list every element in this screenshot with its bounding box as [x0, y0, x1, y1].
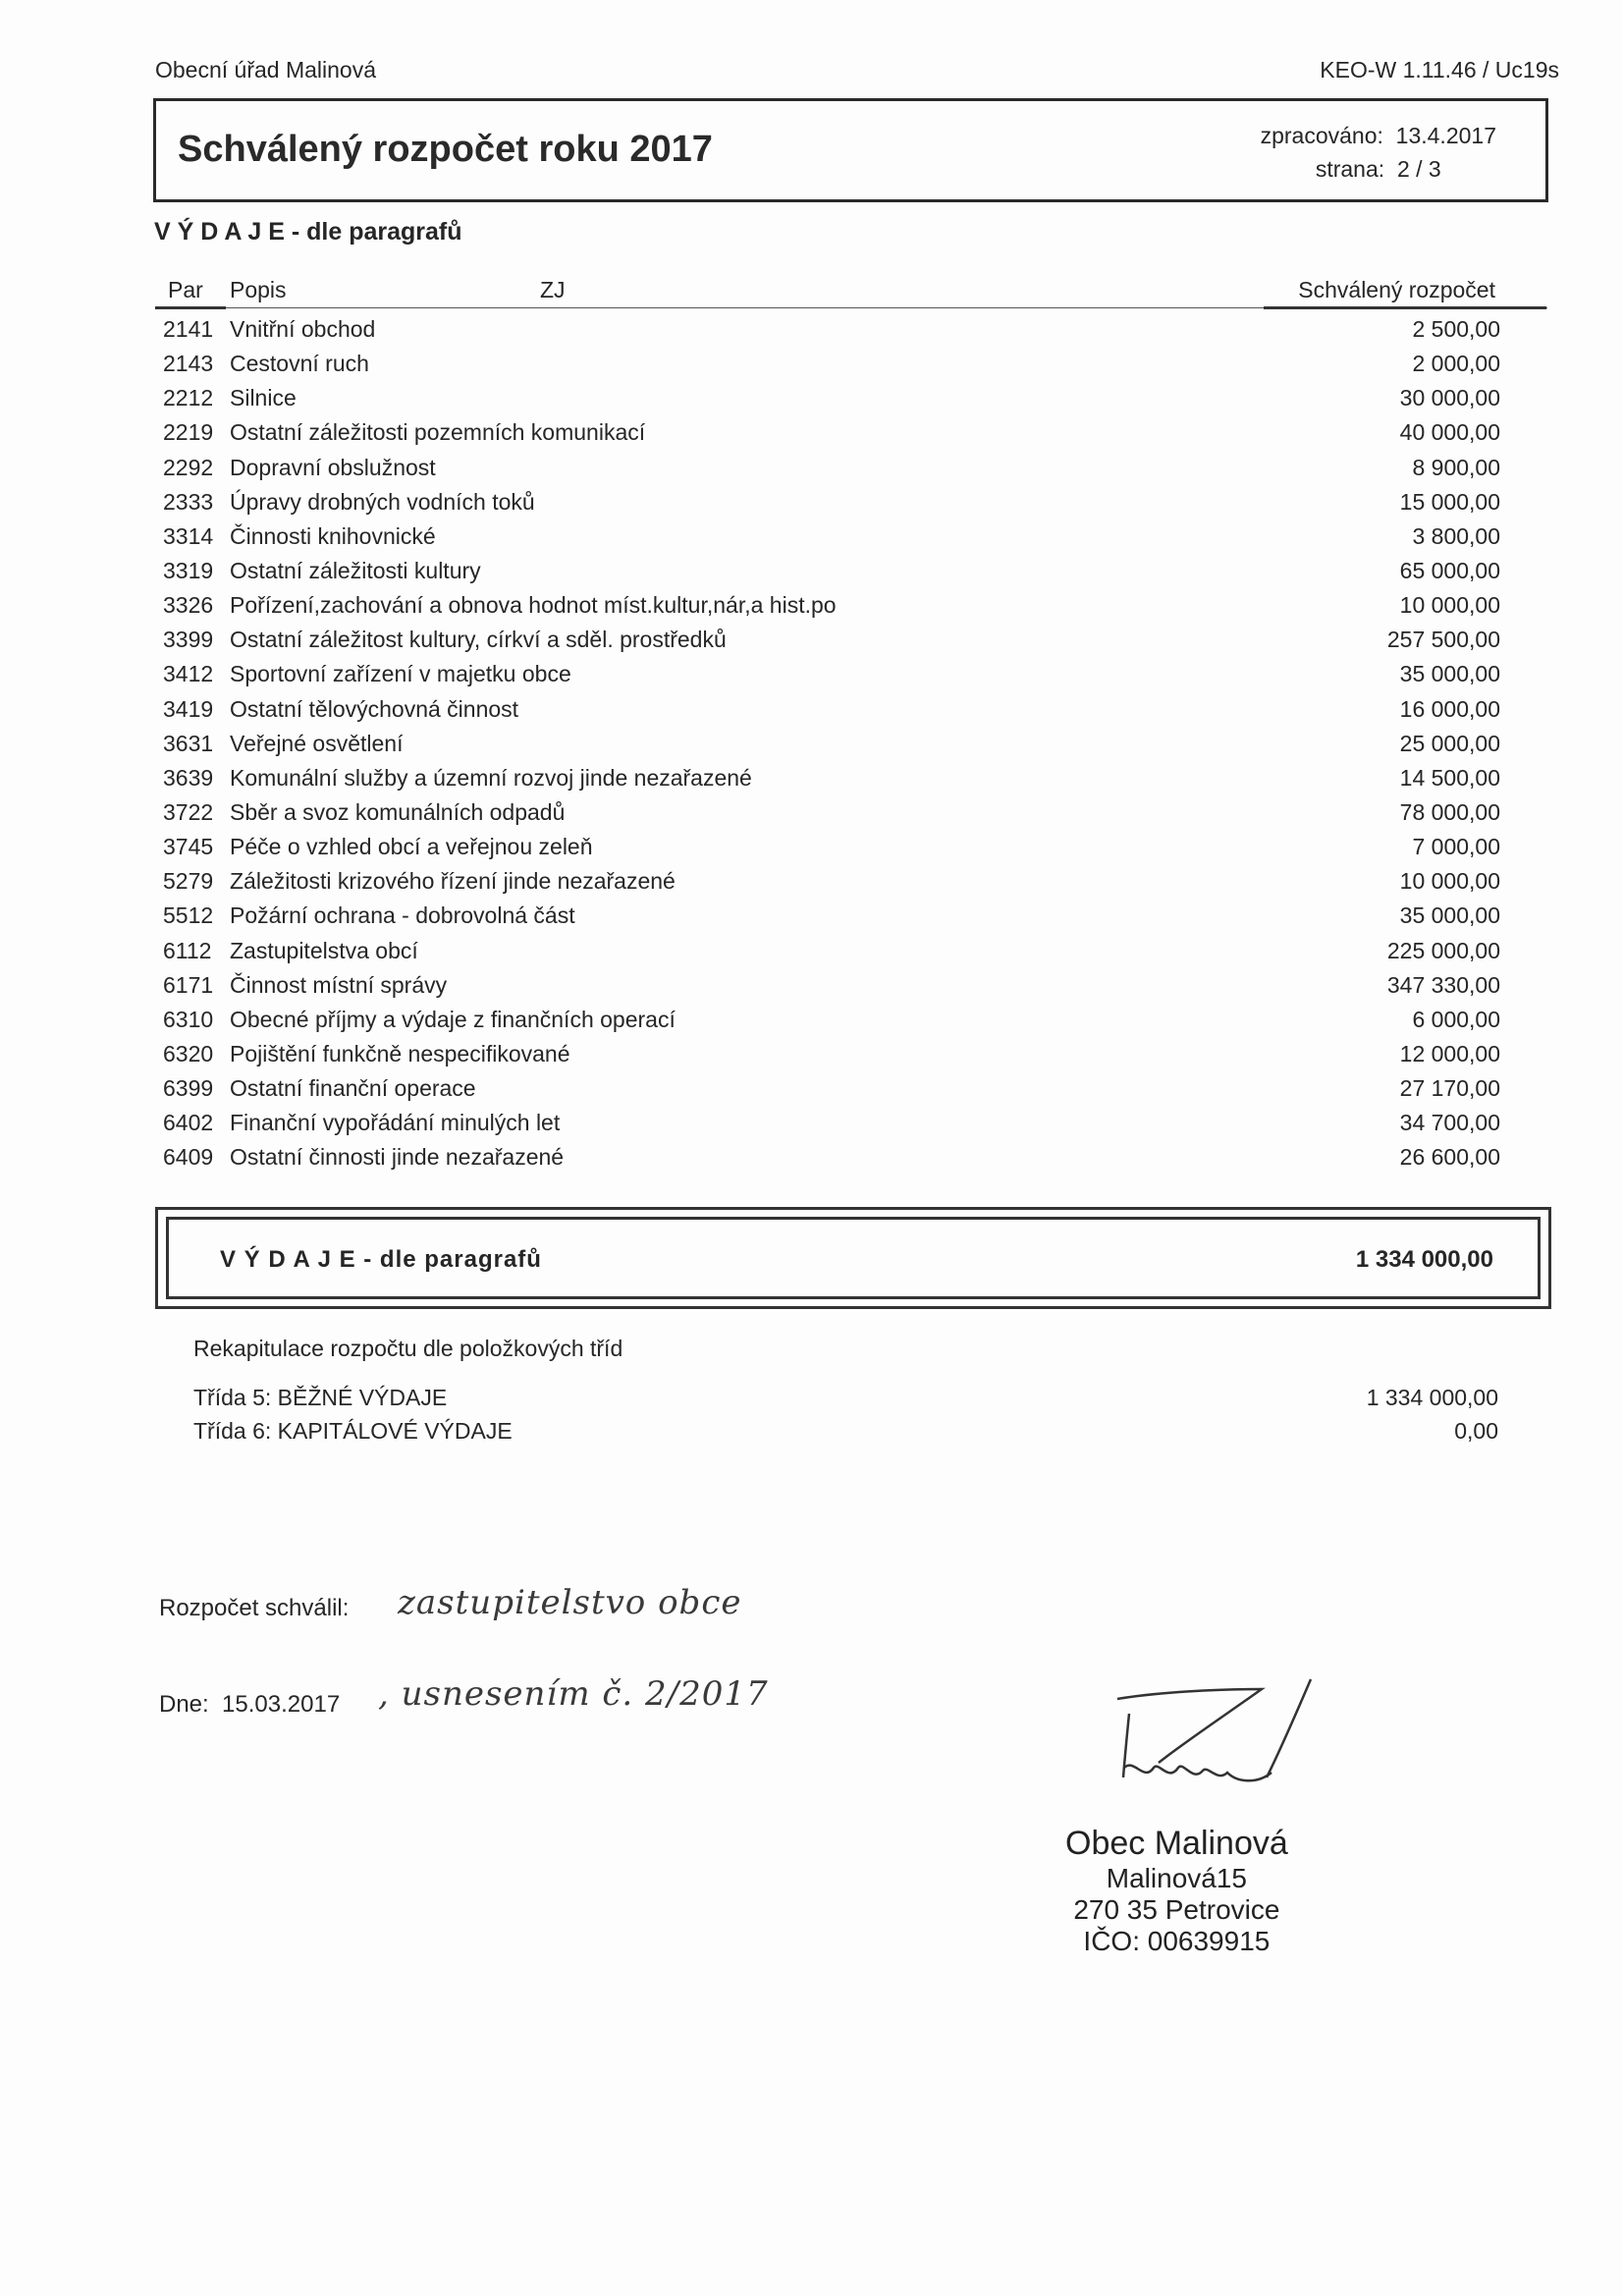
- row-par: 6112: [163, 934, 211, 968]
- processed-date: zpracováno: 13.4.2017: [1261, 119, 1496, 152]
- row-budget-value: 8 900,00: [1412, 451, 1500, 485]
- table-row: 2219Ostatní záležitosti pozemních komuni…: [155, 415, 1500, 450]
- row-budget-value: 347 330,00: [1387, 968, 1500, 1003]
- table-row: 3745Péče o vzhled obcí a veřejnou zeleň7…: [155, 830, 1500, 864]
- row-budget-value: 257 500,00: [1387, 623, 1500, 657]
- totals-inner-box: V Ý D A J E - dle paragrafů 1 334 000,00: [166, 1217, 1541, 1299]
- table-row: 6399Ostatní finanční operace27 170,00: [155, 1071, 1500, 1106]
- row-description: Komunální služby a územní rozvoj jinde n…: [230, 761, 752, 795]
- table-row: 6402Finanční vypořádání minulých let34 7…: [155, 1106, 1500, 1140]
- stamp-street: Malinová15: [1065, 1863, 1288, 1894]
- row-description: Pojištění funkčně nespecifikované: [230, 1037, 570, 1071]
- stamp-ico: IČO: 00639915: [1065, 1926, 1288, 1957]
- table-row: 3326Pořízení,zachování a obnova hodnot m…: [155, 588, 1500, 623]
- table-row: 3319Ostatní záležitosti kultury65 000,00: [155, 554, 1500, 588]
- row-description: Pořízení,zachování a obnova hodnot míst.…: [230, 588, 837, 623]
- recap-class-5-label: Třída 5: BĚŽNÉ VÝDAJE: [193, 1385, 447, 1411]
- row-par: 6399: [163, 1071, 213, 1106]
- budget-table: 2141Vnitřní obchod2 500,002143Cestovní r…: [155, 312, 1500, 1175]
- row-par: 6310: [163, 1003, 213, 1037]
- table-row: 2333Úpravy drobných vodních toků15 000,0…: [155, 485, 1500, 519]
- row-par: 2212: [163, 381, 213, 415]
- row-budget-value: 34 700,00: [1400, 1106, 1500, 1140]
- row-description: Požární ochrana - dobrovolná část: [230, 899, 575, 933]
- row-description: Sportovní zařízení v majetku obce: [230, 657, 571, 691]
- column-header-par: Par: [168, 277, 203, 303]
- row-par: 3419: [163, 692, 213, 727]
- table-row: 5512Požární ochrana - dobrovolná část35 …: [155, 899, 1500, 933]
- page-indicator: strana: 2 / 3: [1261, 152, 1496, 186]
- table-row: 3722Sběr a svoz komunálních odpadů78 000…: [155, 795, 1500, 830]
- row-description: Ostatní činnosti jinde nezařazené: [230, 1140, 564, 1175]
- row-par: 3319: [163, 554, 213, 588]
- row-budget-value: 2 000,00: [1412, 347, 1500, 381]
- recap-title: Rekapitulace rozpočtu dle položkových tř…: [193, 1336, 622, 1362]
- row-par: 2292: [163, 451, 213, 485]
- table-row: 2292Dopravní obslužnost8 900,00: [155, 451, 1500, 485]
- row-par: 3326: [163, 588, 213, 623]
- row-budget-value: 12 000,00: [1400, 1037, 1500, 1071]
- row-budget-value: 3 800,00: [1412, 519, 1500, 554]
- row-par: 2143: [163, 347, 213, 381]
- row-description: Veřejné osvětlení: [230, 727, 403, 761]
- row-budget-value: 26 600,00: [1400, 1140, 1500, 1175]
- row-budget-value: 10 000,00: [1400, 864, 1500, 899]
- date-label: Dne:: [159, 1691, 209, 1718]
- row-budget-value: 7 000,00: [1412, 830, 1500, 864]
- row-budget-value: 78 000,00: [1400, 795, 1500, 830]
- row-description: Záležitosti krizového řízení jinde nezař…: [230, 864, 676, 899]
- table-row: 2212Silnice30 000,00: [155, 381, 1500, 415]
- row-par: 3412: [163, 657, 213, 691]
- row-budget-value: 25 000,00: [1400, 727, 1500, 761]
- table-row: 6320Pojištění funkčně nespecifikované12 …: [155, 1037, 1500, 1071]
- municipal-stamp: Obec Malinová Malinová15 270 35 Petrovic…: [1065, 1825, 1288, 1957]
- row-budget-value: 65 000,00: [1400, 554, 1500, 588]
- row-par: 2333: [163, 485, 213, 519]
- table-row: 6409Ostatní činnosti jinde nezařazené26 …: [155, 1140, 1500, 1175]
- header-meta: zpracováno: 13.4.2017 strana: 2 / 3: [1261, 119, 1496, 186]
- document-title: Schválený rozpočet roku 2017: [178, 129, 713, 171]
- row-budget-value: 27 170,00: [1400, 1071, 1500, 1106]
- row-budget-value: 2 500,00: [1412, 312, 1500, 347]
- header-box: Schválený rozpočet roku 2017 zpracováno:…: [153, 98, 1548, 202]
- row-par: 2219: [163, 415, 213, 450]
- row-budget-value: 15 000,00: [1400, 485, 1500, 519]
- resolution-handwriting: , usnesením č. 2/2017: [378, 1674, 769, 1714]
- row-budget-value: 6 000,00: [1412, 1003, 1500, 1037]
- page-value: 2 / 3: [1397, 156, 1441, 182]
- row-description: Zastupitelstva obcí: [230, 934, 418, 968]
- row-budget-value: 16 000,00: [1400, 692, 1500, 727]
- row-description: Dopravní obslužnost: [230, 451, 436, 485]
- row-par: 3631: [163, 727, 213, 761]
- row-description: Ostatní tělovýchovná činnost: [230, 692, 518, 727]
- table-row: 2141Vnitřní obchod2 500,00: [155, 312, 1500, 347]
- column-header-budget: Schválený rozpočet: [1298, 277, 1495, 303]
- approved-by-label: Rozpočet schválil:: [159, 1595, 349, 1622]
- column-header-popis: Popis: [230, 277, 287, 303]
- row-description: Cestovní ruch: [230, 347, 369, 381]
- totals-box: V Ý D A J E - dle paragrafů 1 334 000,00: [155, 1207, 1551, 1309]
- row-budget-value: 35 000,00: [1400, 899, 1500, 933]
- recap-class-6-label: Třída 6: KAPITÁLOVÉ VÝDAJE: [193, 1418, 513, 1445]
- row-description: Činnosti knihovnické: [230, 519, 436, 554]
- row-description: Ostatní finanční operace: [230, 1071, 476, 1106]
- table-row: 5279Záležitosti krizového řízení jinde n…: [155, 864, 1500, 899]
- row-par: 5512: [163, 899, 213, 933]
- date-value: 15.03.2017: [222, 1691, 340, 1718]
- totals-value: 1 334 000,00: [1356, 1246, 1493, 1274]
- row-description: Ostatní záležitost kultury, církví a sdě…: [230, 623, 727, 657]
- row-description: Činnost místní správy: [230, 968, 447, 1003]
- signature-icon: [1100, 1674, 1325, 1802]
- row-par: 6402: [163, 1106, 213, 1140]
- table-row: 6112Zastupitelstva obcí225 000,00: [155, 934, 1500, 968]
- row-budget-value: 10 000,00: [1400, 588, 1500, 623]
- row-par: 6171: [163, 968, 213, 1003]
- row-par: 3722: [163, 795, 213, 830]
- row-par: 3314: [163, 519, 213, 554]
- row-description: Sběr a svoz komunálních odpadů: [230, 795, 565, 830]
- row-par: 6409: [163, 1140, 213, 1175]
- section-title: V Ý D A J E - dle paragrafů: [154, 218, 462, 246]
- row-description: Finanční vypořádání minulých let: [230, 1106, 560, 1140]
- row-budget-value: 30 000,00: [1400, 381, 1500, 415]
- row-description: Úpravy drobných vodních toků: [230, 485, 535, 519]
- software-version: KEO-W 1.11.46 / Uc19s: [1320, 57, 1559, 83]
- row-par: 3399: [163, 623, 213, 657]
- table-row: 3314Činnosti knihovnické3 800,00: [155, 519, 1500, 554]
- row-budget-value: 225 000,00: [1387, 934, 1500, 968]
- table-row: 2143Cestovní ruch2 000,00: [155, 347, 1500, 381]
- row-budget-value: 14 500,00: [1400, 761, 1500, 795]
- page-label: strana:: [1316, 156, 1384, 182]
- row-par: 2141: [163, 312, 213, 347]
- table-row: 3639Komunální služby a územní rozvoj jin…: [155, 761, 1500, 795]
- row-par: 5279: [163, 864, 213, 899]
- header-divider-par: [155, 306, 226, 309]
- office-name: Obecní úřad Malinová: [155, 57, 376, 83]
- row-par: 3745: [163, 830, 213, 864]
- stamp-name: Obec Malinová: [1065, 1825, 1288, 1863]
- table-row: 3419Ostatní tělovýchovná činnost16 000,0…: [155, 692, 1500, 727]
- column-header-zj: ZJ: [540, 277, 566, 303]
- approval-date: Dne: 15.03.2017: [159, 1691, 340, 1719]
- row-description: Ostatní záležitosti pozemních komunikací: [230, 415, 645, 450]
- processed-label: zpracováno:: [1261, 123, 1383, 148]
- row-description: Obecné příjmy a výdaje z finančních oper…: [230, 1003, 676, 1037]
- totals-label: V Ý D A J E - dle paragrafů: [220, 1246, 542, 1274]
- row-par: 3639: [163, 761, 213, 795]
- processed-value: 13.4.2017: [1396, 123, 1496, 148]
- row-description: Silnice: [230, 381, 297, 415]
- table-row: 6171Činnost místní správy347 330,00: [155, 968, 1500, 1003]
- table-row: 6310Obecné příjmy a výdaje z finančních …: [155, 1003, 1500, 1037]
- row-budget-value: 40 000,00: [1400, 415, 1500, 450]
- row-par: 6320: [163, 1037, 213, 1071]
- table-row: 3631Veřejné osvětlení25 000,00: [155, 727, 1500, 761]
- recap-class-6-value: 0,00: [1454, 1418, 1498, 1445]
- row-description: Vnitřní obchod: [230, 312, 375, 347]
- row-budget-value: 35 000,00: [1400, 657, 1500, 691]
- table-row: 3399Ostatní záležitost kultury, církví a…: [155, 623, 1500, 657]
- header-divider-budget: [1264, 306, 1546, 309]
- table-row: 3412Sportovní zařízení v majetku obce35 …: [155, 657, 1500, 691]
- row-description: Ostatní záležitosti kultury: [230, 554, 481, 588]
- recap-class-5-value: 1 334 000,00: [1367, 1385, 1498, 1411]
- stamp-city: 270 35 Petrovice: [1065, 1894, 1288, 1926]
- approved-by-handwriting: zastupitelstvo obce: [398, 1583, 741, 1622]
- row-description: Péče o vzhled obcí a veřejnou zeleň: [230, 830, 593, 864]
